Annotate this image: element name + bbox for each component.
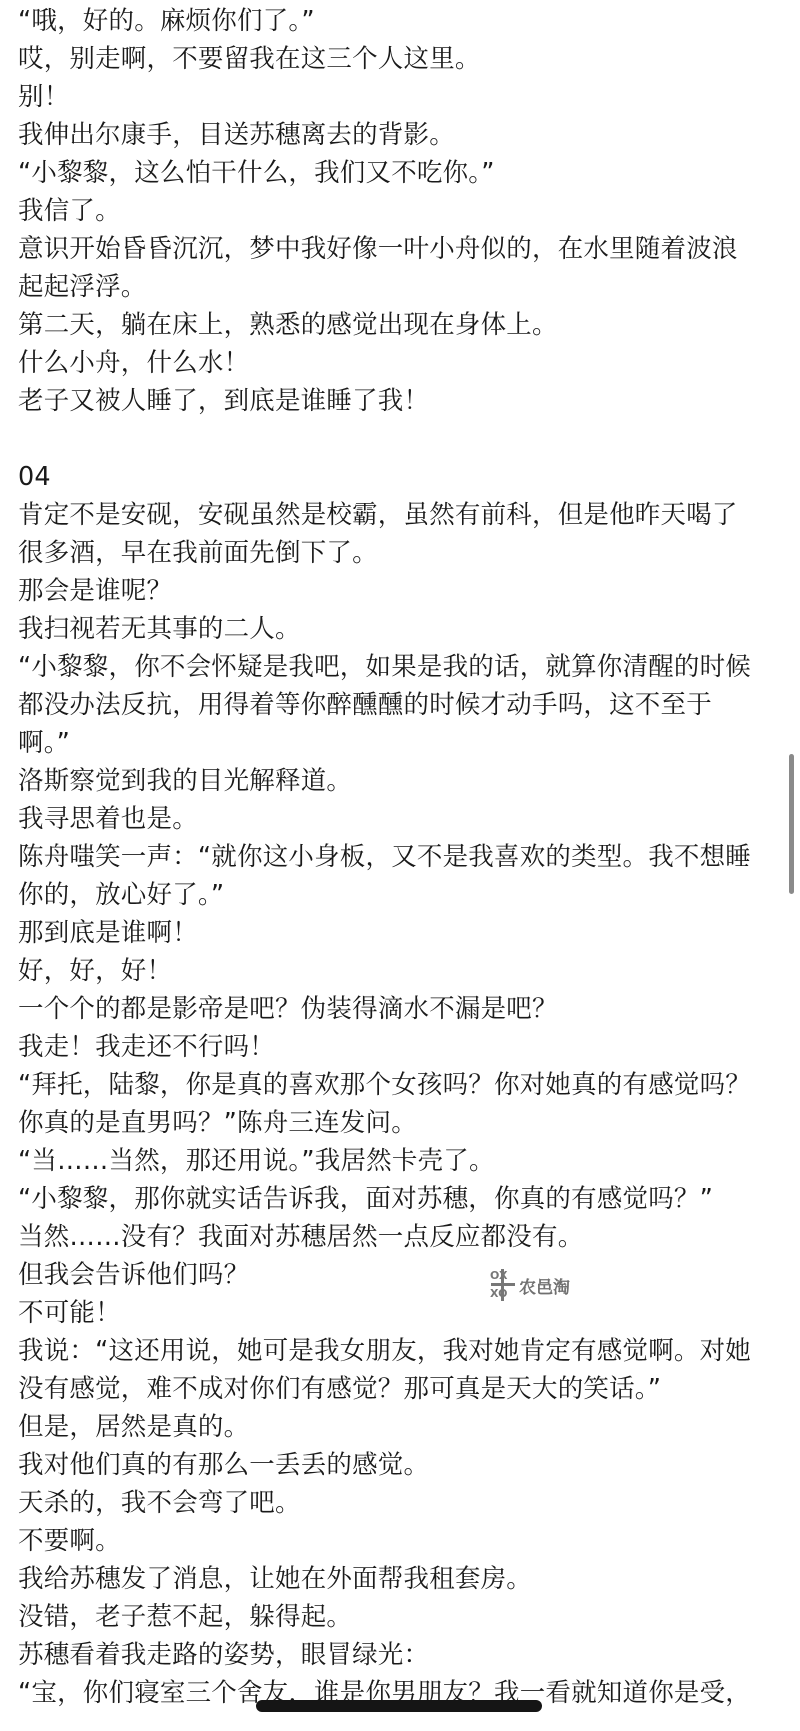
text-line: 不要啊。 (18, 1522, 788, 1560)
text-line: “小黎黎，你不会怀疑是我吧，如果是我的话，就算你清醒的时候 (18, 648, 788, 686)
text-line: 洛斯察觉到我的目光解释道。 (18, 762, 788, 800)
text-line: “拜托，陆黎，你是真的喜欢那个女孩吗？你对她真的有感觉吗？ (18, 1066, 788, 1104)
text-line: 没有感觉，难不成对你们有感觉？那可真是天大的笑话。” (18, 1370, 788, 1408)
text-line: 都没办法反抗，用得着等你醉醺醺的时候才动手吗，这不至于 (18, 686, 788, 724)
text-line: “小黎黎，那你就实话告诉我，面对苏穗，你真的有感觉吗？” (18, 1180, 788, 1218)
vertical-scrollbar[interactable] (789, 754, 794, 894)
text-line: “当……当然，那还用说。”我居然卡壳了。 (18, 1142, 788, 1180)
text-line: 但是，居然是真的。 (18, 1408, 788, 1446)
blank-line (18, 420, 788, 458)
watermark-logo-icon: OX XO (490, 1269, 516, 1301)
text-line: 那会是谁呢？ (18, 572, 788, 610)
text-line: 不可能！ (18, 1294, 788, 1332)
text-line: 起起浮浮。 (18, 268, 788, 306)
text-line: 肯定不是安砚，安砚虽然是校霸，虽然有前科，但是他昨天喝了 (18, 496, 788, 534)
text-line: 你的，放心好了。” (18, 876, 788, 914)
document-body: “哦，好的。麻烦你们了。” 哎，别走啊，不要留我在这三个人这里。 别！ 我伸出尔… (18, 2, 788, 1712)
chapter-number: 04 (18, 458, 788, 496)
text-line: 一个个的都是影帝是吧？伪装得滴水不漏是吧？ (18, 990, 788, 1028)
text-line: 我扫视若无其事的二人。 (18, 610, 788, 648)
text-line: 好，好，好！ (18, 952, 788, 990)
text-line: 天杀的，我不会弯了吧。 (18, 1484, 788, 1522)
text-line: 那到底是谁啊！ (18, 914, 788, 952)
text-line: 你真的是直男吗？”陈舟三连发问。 (18, 1104, 788, 1142)
text-line: 意识开始昏昏沉沉，梦中我好像一叶小舟似的，在水里随着波浪 (18, 230, 788, 268)
home-indicator[interactable] (256, 1700, 542, 1712)
text-line: 我寻思着也是。 (18, 800, 788, 838)
text-line: 我对他们真的有那么一丢丢的感觉。 (18, 1446, 788, 1484)
text-line: 苏穗看着我走路的姿势，眼冒绿光： (18, 1636, 788, 1674)
text-line: 我伸出尔康手，目送苏穗离去的背影。 (18, 116, 788, 154)
text-line: 别！ (18, 78, 788, 116)
text-line: 第二天，躺在床上，熟悉的感觉出现在身体上。 (18, 306, 788, 344)
text-line: 没错，老子惹不起，躲得起。 (18, 1598, 788, 1636)
text-line: 老子又被人睡了，到底是谁睡了我！ (18, 382, 788, 420)
text-line: 很多酒，早在我前面先倒下了。 (18, 534, 788, 572)
text-line: 啊。” (18, 724, 788, 762)
text-line: 我说：“这还用说，她可是我女朋友，我对她肯定有感觉啊。对她 (18, 1332, 788, 1370)
text-line: 哎，别走啊，不要留我在这三个人这里。 (18, 40, 788, 78)
text-line: 什么小舟，什么水！ (18, 344, 788, 382)
text-line: “小黎黎，这么怕干什么，我们又不吃你。” (18, 154, 788, 192)
watermark-text: 农邑淘 (519, 1273, 570, 1298)
watermark: OX XO 农邑淘 (490, 1268, 570, 1302)
text-line: 我给苏穗发了消息，让她在外面帮我租套房。 (18, 1560, 788, 1598)
text-line: “哦，好的。麻烦你们了。” (18, 2, 788, 40)
text-line: 但我会告诉他们吗？ (18, 1256, 788, 1294)
text-line: 陈舟嗤笑一声：“就你这小身板，又不是我喜欢的类型。我不想睡 (18, 838, 788, 876)
text-line: 我信了。 (18, 192, 788, 230)
text-line: 当然……没有？我面对苏穗居然一点反应都没有。 (18, 1218, 788, 1256)
text-line: 我走！我走还不行吗！ (18, 1028, 788, 1066)
